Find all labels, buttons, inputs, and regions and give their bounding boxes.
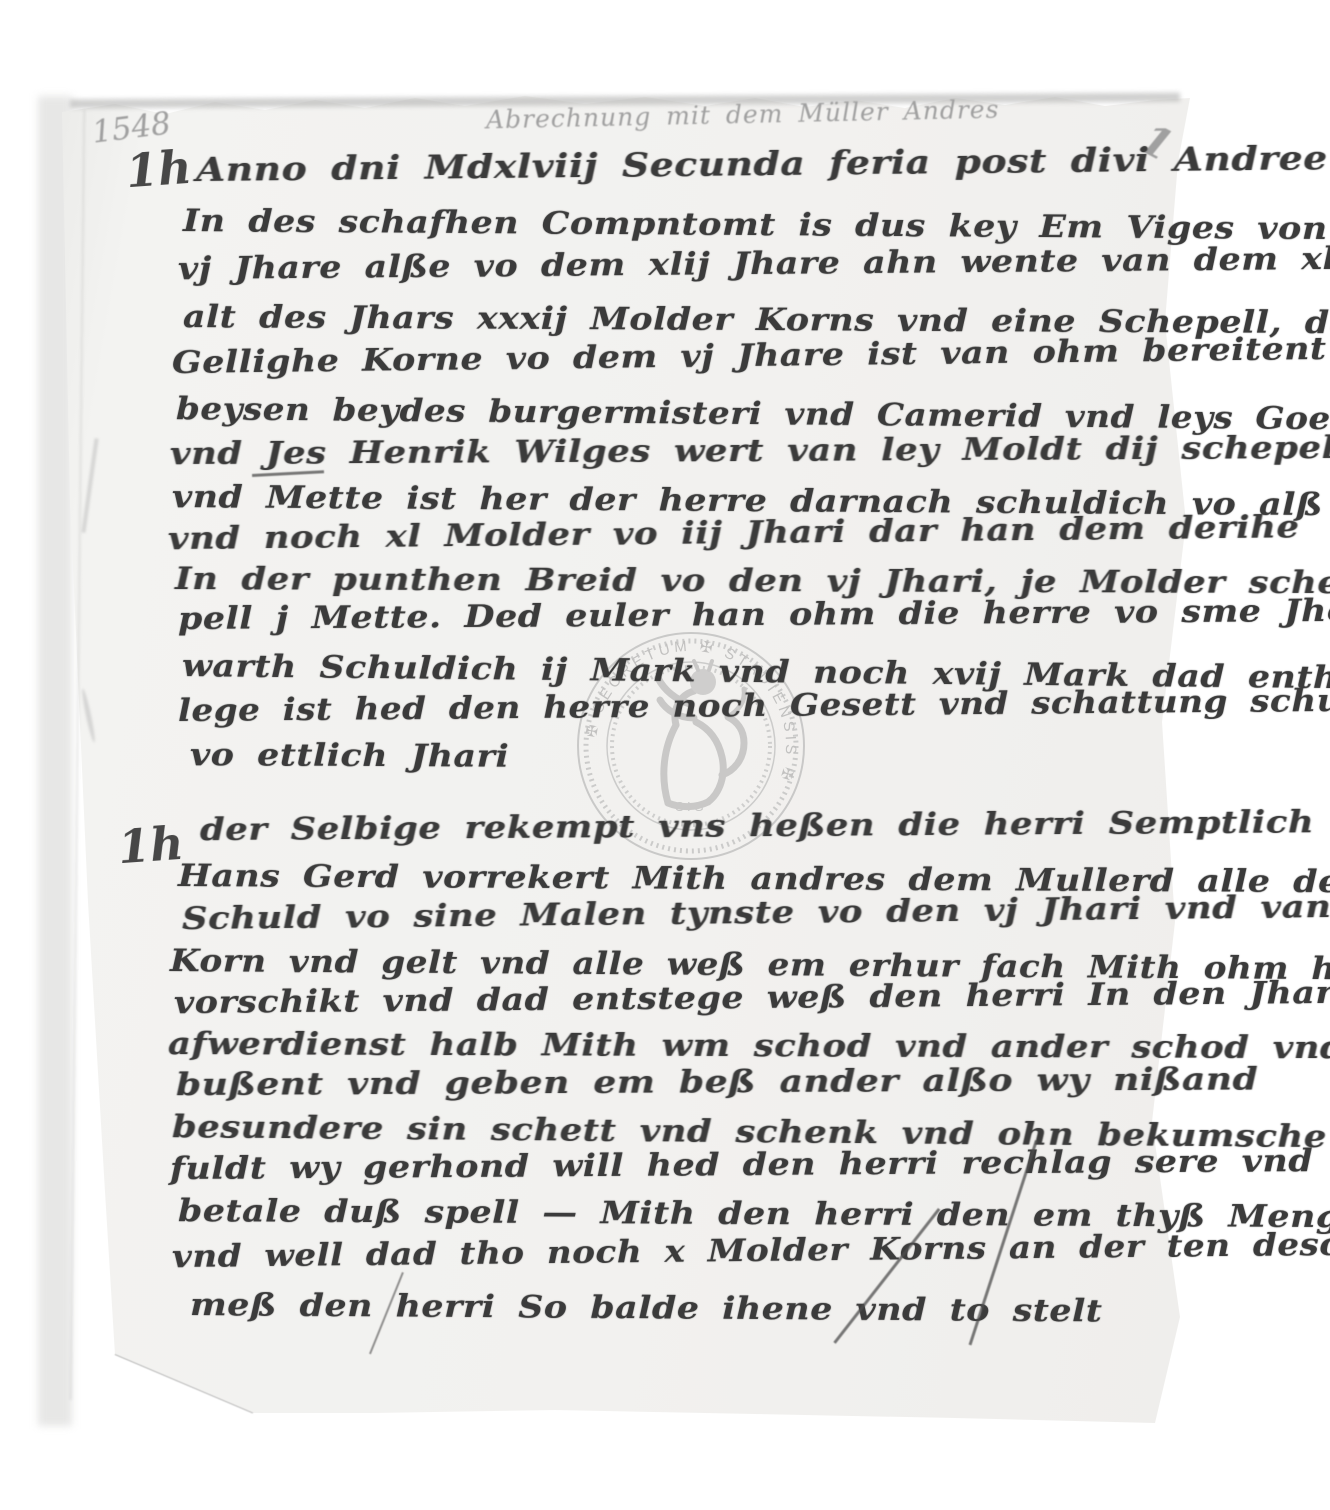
manuscript-line: bußent vnd geben em beß ander alßo wy ni… bbox=[176, 1061, 1259, 1103]
manuscript-line: vo ettlich Jhari bbox=[190, 737, 509, 775]
manuscript-scan: 1548 Abrechnung mit dem Müller Andres 1 … bbox=[0, 0, 1330, 1510]
manuscript-line: meß den herri So balde ihene vnd to stel… bbox=[190, 1287, 1103, 1329]
paragraph-mark: 1h bbox=[124, 140, 193, 198]
manuscript-line: afwerdienst halb Mith wm schod vnd ander… bbox=[168, 1026, 1330, 1066]
paragraph-mark: 1h bbox=[116, 816, 185, 874]
manuscript-line: vnd Jes Henrik Wilges wert van ley Moldt… bbox=[170, 430, 1330, 472]
